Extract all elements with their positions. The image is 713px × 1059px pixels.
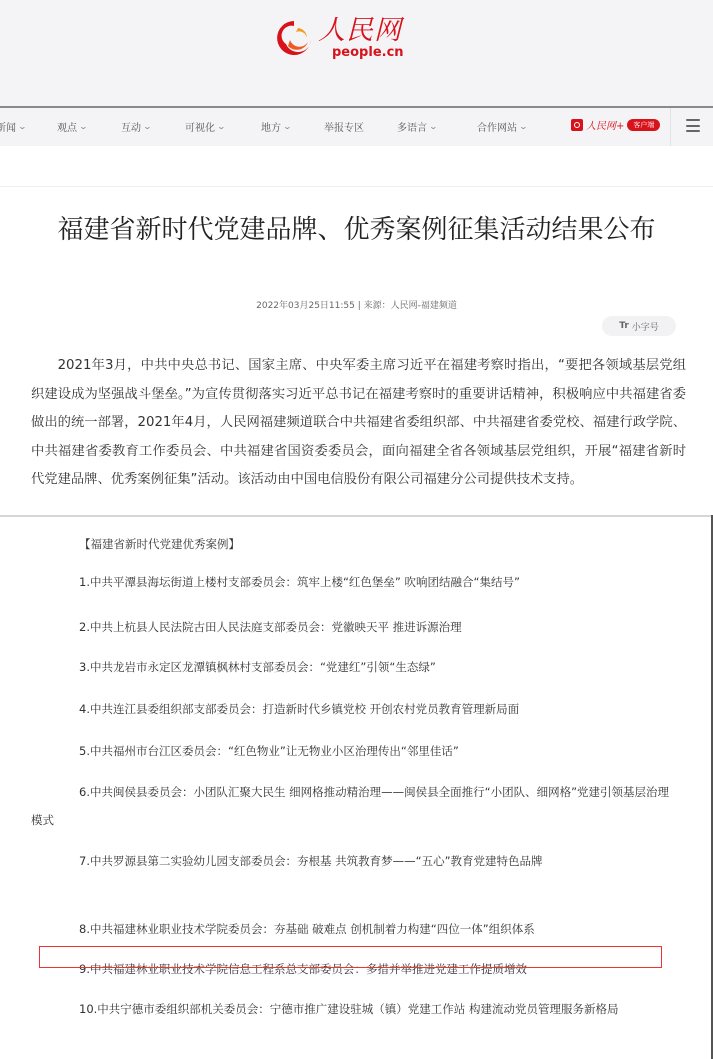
nav-item-news[interactable]: 新闻⌄ [0,119,26,134]
section-divider [0,515,713,517]
chevron-down-icon: ⌄ [519,122,528,131]
main-nav: 新闻⌄ 观点⌄ 互动⌄ 可视化⌄ 地方⌄ 举报专区 多语言⌄ 合作网站⌄ 人民网… [0,106,713,146]
chevron-down-icon: ⌄ [18,122,27,131]
nav-item-interactive[interactable]: 互动⌄ [121,119,151,134]
section-heading: 【福建省新时代党建优秀案例】 [79,536,240,552]
site-header: 人民网 people.cn [0,0,713,106]
nav-item-report[interactable]: 举报专区 [324,119,364,134]
client-badge: 客户端 [627,119,660,131]
content-top-border [0,186,713,187]
case-item: 4.中共连江县委组织部支部委员会：打造新时代乡镇党校 开创农村党员教育管理新局面 [31,695,671,723]
chevron-down-icon: ⌄ [79,122,88,131]
nav-item-languages[interactable]: 多语言⌄ [397,119,437,134]
chevron-down-icon: ⌄ [283,122,292,131]
nav-item-visualization[interactable]: 可视化⌄ [185,119,225,134]
case-item: 6.中共闽侯县委员会：小团队汇聚大民生 细网格推动精治理——闽侯县全面推行“小团… [31,778,671,834]
font-size-label: 小字号 [632,320,659,333]
chevron-down-icon: ⌄ [143,122,152,131]
people-cn-logo[interactable]: 人民网 people.cn [274,10,404,66]
chevron-down-icon: ⌄ [429,122,438,131]
case-item: 1.中共平潭县海坛街道上楼村支部委员会：筑牢上楼“红色堡垒” 吹响团结融合“集结… [31,568,671,596]
case-item: 5.中共福州市台江区委员会：“红色物业”让无物业小区治理传出“邻里佳话” [31,737,671,765]
case-item: 10.中共宁德市委组织部机关委员会：宁德市推广建设驻城（镇）党建工作站 构建流动… [31,995,671,1023]
article-meta: 2022年03月25日11:55 | 来源：人民网-福建频道 [0,298,713,311]
people-app-icon [571,119,583,131]
article-intro: 2021年3月，中共中央总书记、国家主席、中央军委主席习近平在福建考察时指出，“… [31,352,686,495]
font-size-toggle[interactable]: Tr 小字号 [602,316,676,336]
article-title: 福建省新时代党建品牌、优秀案例征集活动结果公布 [30,212,683,248]
app-name: 人民网+ [586,117,624,132]
app-download-link[interactable]: 人民网+ 客户端 [571,117,660,132]
case-item: 3.中共龙岩市永定区龙潭镇枫林村支部委员会：“党建红”引领“生态绿” [31,653,671,681]
text-size-icon: Tr [619,321,629,331]
nav-item-local[interactable]: 地方⌄ [261,119,291,134]
case-item: 2.中共上杭县人民法院古田人民法庭支部委员会：党徽映天平 推进诉源治理 [31,613,671,641]
logo-chinese: 人民网 [318,16,402,46]
nav-divider [670,108,671,146]
nav-item-partners[interactable]: 合作网站⌄ [477,119,527,134]
chevron-down-icon: ⌄ [217,122,226,131]
highlight-box [39,946,662,968]
nav-item-opinion[interactable]: 观点⌄ [57,119,87,134]
logo-swirl-icon [274,18,314,58]
logo-english: people.cn [332,46,404,60]
hamburger-icon[interactable] [686,119,700,132]
case-item: 8.中共福建林业职业技术学院委员会：夯基础 破难点 创机制着力构建“四位一体”组… [31,915,671,943]
case-item: 7.中共罗源县第二实验幼儿园支部委员会：夯根基 共筑教育梦——“五心”教育党建特… [31,847,671,875]
